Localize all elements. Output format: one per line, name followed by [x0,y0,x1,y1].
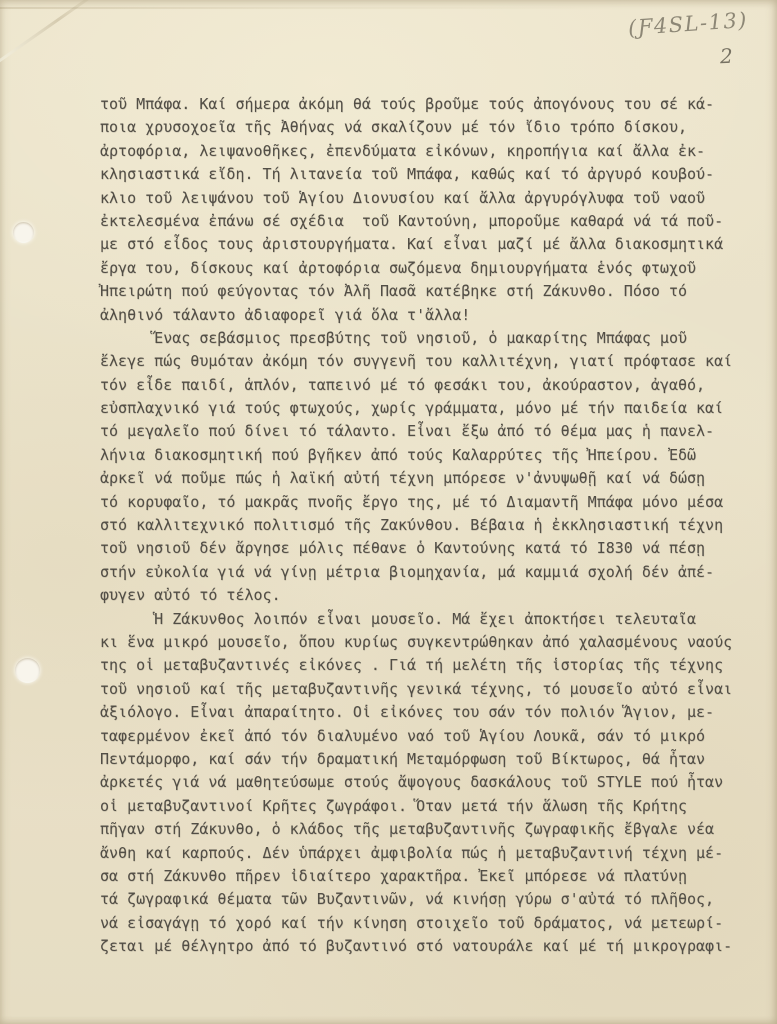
text-line: ἐκτελεσμένα ἐπάνω σέ σχέδια τοῦ Καντούνη… [100,210,760,233]
text-line: στήν εὐκολία γιά νά γίνῃ μέτρια βιομηχαν… [100,561,760,584]
text-line: πῆγαν στή Ζάκυνθο, ὁ κλάδος τῆς μεταβυζα… [100,818,760,841]
text-line: τοῦ νησιοῦ δέν ἄργησε μόλις πέθανε ὁ Καν… [100,537,760,560]
punch-hole-top [13,222,34,243]
text-line: ταφερμένον ἐκεῖ ἀπό τόν διαλυμένο ναό το… [100,725,760,748]
text-line: ἔργα του, δίσκους καί ἀρτοφόρια σωζόμενα… [100,257,760,280]
text-line: σα στή Ζάκυνθο πῆρεν ἰδιαίτερο χαρακτῆρα… [100,865,760,888]
handwritten-page-number: 2 [720,44,734,68]
text-line: οἱ μεταβυζαντινοί Κρῆτες ζωγράφοι. Ὅταν … [100,795,760,818]
text-line: κλησιαστικά εἴδη. Τή λιτανεία τοῦ Μπάφα,… [100,163,760,186]
text-line: ἀρτοφόρια, λειψανοθῆκες, ἐπενδύματα εἰκό… [100,140,760,163]
paper-edge-shadow [0,7,777,9]
text-line: με στό εἶδος τους ἀριστουργήματα. Καί εἶ… [100,233,760,256]
text-line: τό μεγαλεῖο πού δίνει τό τάλαντο. Εἶναι … [100,420,760,443]
text-line: φυγεν αὐτό τό τέλος. [100,584,760,607]
handwritten-archive-code: (Ƒ4SL-13) [627,8,748,40]
typewritten-text-block: τοῦ Μπάφα. Καί σήμερα ἀκόμη θά τούς βροῦ… [100,93,760,958]
scanned-typewritten-page: (Ƒ4SL-13) 2 τοῦ Μπάφα. Καί σήμερα ἀκόμη … [0,0,777,1024]
text-line: ἀρκετές γιά νά μαθητεύσωμε στούς ἄψογους… [100,771,760,794]
text-line: τό κορυφαῖο, τό μακρᾶς πνοῆς ἔργο της, μ… [100,491,760,514]
text-line: τοῦ νησιοῦ καί τῆς μεταβυζαντινῆς γενικά… [100,678,760,701]
text-line: τόν εἶδε παιδί, ἁπλόν, ταπεινό μέ τό φεσ… [100,374,760,397]
text-line: ἀρκεῖ νά ποῦμε πώς ἡ λαϊκή αὐτή τέχνη μπ… [100,467,760,490]
text-line: ἀληθινό τάλαντο ἀδιαφορεῖ γιά ὅλα τ'ἄλλα… [100,304,760,327]
text-line: τά ζωγραφικά θέματα τῶν Βυζαντινῶν, νά κ… [100,888,760,911]
text-line: ἄνθη καί καρπούς. Δέν ὑπάρχει ἀμφιβολία … [100,842,760,865]
text-line: στό καλλιτεχνικό πολιτισμό τῆς Ζακύνθου.… [100,514,760,537]
text-line: νά εἰσαγάγῃ τό χορό καί τήν κίνηση στοιχ… [100,912,760,935]
text-line: ποια χρυσοχοεῖα τῆς Ἀθήνας νά σκαλίζουν … [100,116,760,139]
text-line: της οἱ μεταβυζαντινές εἰκόνες . Γιά τή μ… [100,654,760,677]
text-line: Ἡ Ζάκυνθος λοιπόν εἶναι μουσεῖο. Μά ἔχει… [100,608,760,631]
text-line: εὐσπλαχνικό γιά τούς φτωχούς, χωρίς γράμ… [100,397,760,420]
text-line: ζεται μέ θέλγητρο ἀπό τό βυζαντινό στό ν… [100,935,760,958]
text-line: κι ἕνα μικρό μουσεῖο, ὅπου κυρίως συγκεν… [100,631,760,654]
text-line: λήνια διακοσμητική πού βγῆκεν ἀπό τούς Κ… [100,444,760,467]
paper-crease-topleft [0,0,101,66]
text-line: ἔλεγε πώς θυμόταν ἀκόμη τόν συγγενῆ του … [100,350,760,373]
punch-hole-bottom [15,658,40,683]
text-line: Πεντάμορφο, καί σάν τήν δραματική Μεταμό… [100,748,760,771]
text-line: κλιο τοῦ λειψάνου τοῦ Ἁγίου Διονυσίου κα… [100,187,760,210]
text-line: ἀξιόλογο. Εἶναι ἀπαραίτητο. Οἱ εἰκόνες τ… [100,701,760,724]
text-line: τοῦ Μπάφα. Καί σήμερα ἀκόμη θά τούς βροῦ… [100,93,760,116]
text-line: Ἕνας σεβάσμιος πρεσβύτης τοῦ νησιοῦ, ὁ μ… [100,327,760,350]
text-line: Ἠπειρώτη πού φεύγοντας τόν Ἀλῆ Πασᾶ κατέ… [100,280,760,303]
